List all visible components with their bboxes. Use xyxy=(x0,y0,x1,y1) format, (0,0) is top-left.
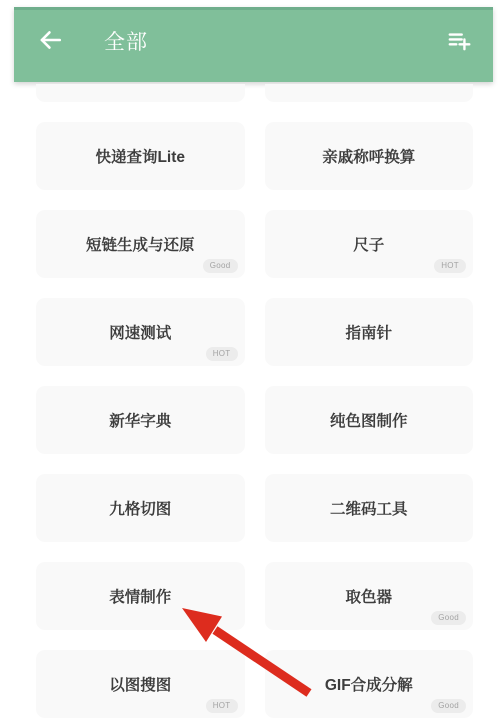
playlist-add-button[interactable] xyxy=(445,27,473,55)
tool-card-label: 尺子 xyxy=(353,233,384,255)
tool-card-ruler[interactable]: 尺子 HOT xyxy=(265,210,474,278)
tool-card-label: 网速测试 xyxy=(109,321,171,343)
hot-badge: HOT xyxy=(206,699,238,713)
tool-card-partial[interactable] xyxy=(265,84,474,102)
tool-card-image-search[interactable]: 以图搜图 HOT xyxy=(36,650,245,718)
tool-card-short-link[interactable]: 短链生成与还原 Good xyxy=(36,210,245,278)
tool-card-label: 快递查询Lite xyxy=(95,145,185,167)
tool-card-express-query[interactable]: 快递查询Lite xyxy=(36,122,245,190)
tool-card-label: 取色器 xyxy=(345,585,392,607)
tool-card-label: 纯色图制作 xyxy=(330,409,408,431)
good-badge: Good xyxy=(431,611,466,625)
tool-card-compass[interactable]: 指南针 xyxy=(265,298,474,366)
tool-card-nine-grid-crop[interactable]: 九格切图 xyxy=(36,474,245,542)
app-bar: 全部 xyxy=(14,7,493,82)
hot-badge: HOT xyxy=(206,347,238,361)
tool-card-label: 指南针 xyxy=(345,321,392,343)
page-title: 全部 xyxy=(104,26,445,56)
tool-card-label: 亲戚称呼换算 xyxy=(322,145,415,167)
tool-card-label: 以图搜图 xyxy=(109,673,171,695)
tool-list: 快递查询Lite 亲戚称呼换算 短链生成与还原 Good 尺子 HOT 网速测试… xyxy=(0,82,500,720)
tool-card-emoji-maker[interactable]: 表情制作 xyxy=(36,562,245,630)
tool-card-label: 九格切图 xyxy=(109,497,171,519)
tool-grid: 快递查询Lite 亲戚称呼换算 短链生成与还原 Good 尺子 HOT 网速测试… xyxy=(0,82,500,718)
playlist-add-icon xyxy=(446,27,472,56)
back-button[interactable] xyxy=(36,27,64,55)
tool-card-speed-test[interactable]: 网速测试 HOT xyxy=(36,298,245,366)
tool-card-qrcode-tool[interactable]: 二维码工具 xyxy=(265,474,474,542)
good-badge: Good xyxy=(203,259,238,273)
arrow-left-icon xyxy=(37,27,63,56)
tool-card-color-picker[interactable]: 取色器 Good xyxy=(265,562,474,630)
tool-card-dictionary[interactable]: 新华字典 xyxy=(36,386,245,454)
tool-card-relative-title[interactable]: 亲戚称呼换算 xyxy=(265,122,474,190)
tool-card-gif-tool[interactable]: GIF合成分解 Good xyxy=(265,650,474,718)
tool-card-label: 二维码工具 xyxy=(330,497,408,519)
tool-card-solid-color-image[interactable]: 纯色图制作 xyxy=(265,386,474,454)
hot-badge: HOT xyxy=(434,259,466,273)
good-badge: Good xyxy=(431,699,466,713)
tool-card-label: 新华字典 xyxy=(109,409,171,431)
tool-card-label: 表情制作 xyxy=(109,585,171,607)
tool-card-label: 短链生成与还原 xyxy=(86,233,195,255)
tool-card-label: GIF合成分解 xyxy=(325,673,413,695)
tool-card-partial[interactable] xyxy=(36,84,245,102)
